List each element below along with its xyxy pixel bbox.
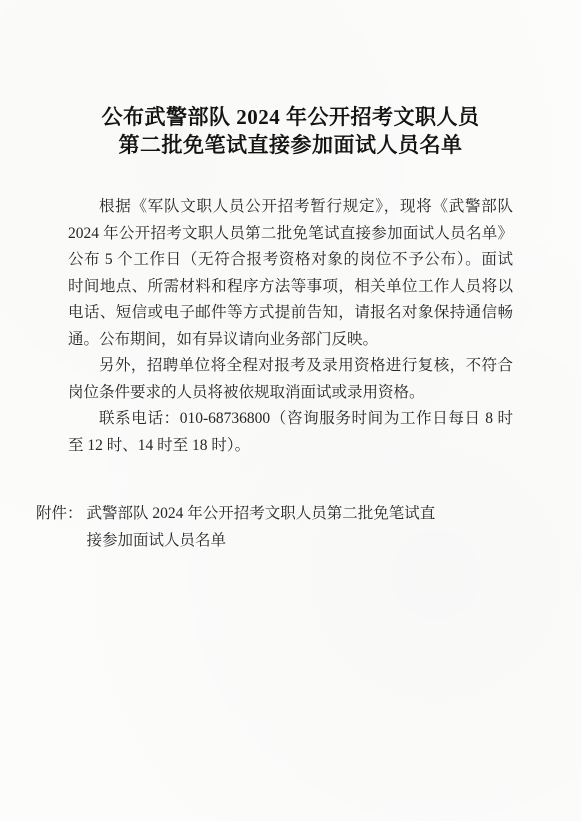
text-line: 2024 年公开招考文职人员第二批免笔试直接参加面试人员名单》 xyxy=(68,221,513,248)
text-line: 联系电话：010-68736800（咨询服务时间为工作日每日 8 时 xyxy=(68,406,513,433)
text-line: 公布 5 个工作日（无符合报考资格对象的岗位不予公布）。面试 xyxy=(68,247,513,274)
title-line-1: 公布武警部队 2024 年公开招考文职人员 xyxy=(0,103,581,131)
document-body: 根据《军队文职人员公开招考暂行规定》，现将《武警部队2024 年公开招考文职人员… xyxy=(68,194,513,459)
text-line: 根据《军队文职人员公开招考暂行规定》，现将《武警部队 xyxy=(68,194,513,221)
attachment-text-line: 武警部队 2024 年公开招考文职人员第二批免笔试直 xyxy=(87,501,581,528)
text-line: 岗位条件要求的人员将被依规取消面试或录用资格。 xyxy=(68,380,513,407)
paragraph: 根据《军队文职人员公开招考暂行规定》，现将《武警部队2024 年公开招考文职人员… xyxy=(68,194,513,353)
document-title: 公布武警部队 2024 年公开招考文职人员 第二批免笔试直接参加面试人员名单 xyxy=(0,103,581,159)
attachment-text-line: 接参加面试人员名单 xyxy=(87,528,581,555)
paragraph: 联系电话：010-68736800（咨询服务时间为工作日每日 8 时至 12 时… xyxy=(68,406,513,459)
attachment-lines: 武警部队 2024 年公开招考文职人员第二批免笔试直接参加面试人员名单 xyxy=(87,501,581,554)
attachment-block: 附件： 武警部队 2024 年公开招考文职人员第二批免笔试直接参加面试人员名单 xyxy=(36,501,581,554)
text-line: 时间地点、所需材料和程序方法等事项，相关单位工作人员将以 xyxy=(68,274,513,301)
text-line: 通。公布期间，如有异议请向业务部门反映。 xyxy=(68,327,513,354)
text-line: 另外，招聘单位将全程对报考及录用资格进行复核，不符合 xyxy=(68,353,513,380)
text-line: 至 12 时、14 时至 18 时）。 xyxy=(68,433,513,460)
attachment-label: 附件： xyxy=(36,501,83,554)
scanned-document-page: 公布武警部队 2024 年公开招考文职人员 第二批免笔试直接参加面试人员名单 根… xyxy=(0,0,581,821)
title-line-2: 第二批免笔试直接参加面试人员名单 xyxy=(0,131,581,159)
text-line: 电话、短信或电子邮件等方式提前告知，请报名对象保持通信畅 xyxy=(68,300,513,327)
paragraph: 另外，招聘单位将全程对报考及录用资格进行复核，不符合岗位条件要求的人员将被依规取… xyxy=(68,353,513,406)
